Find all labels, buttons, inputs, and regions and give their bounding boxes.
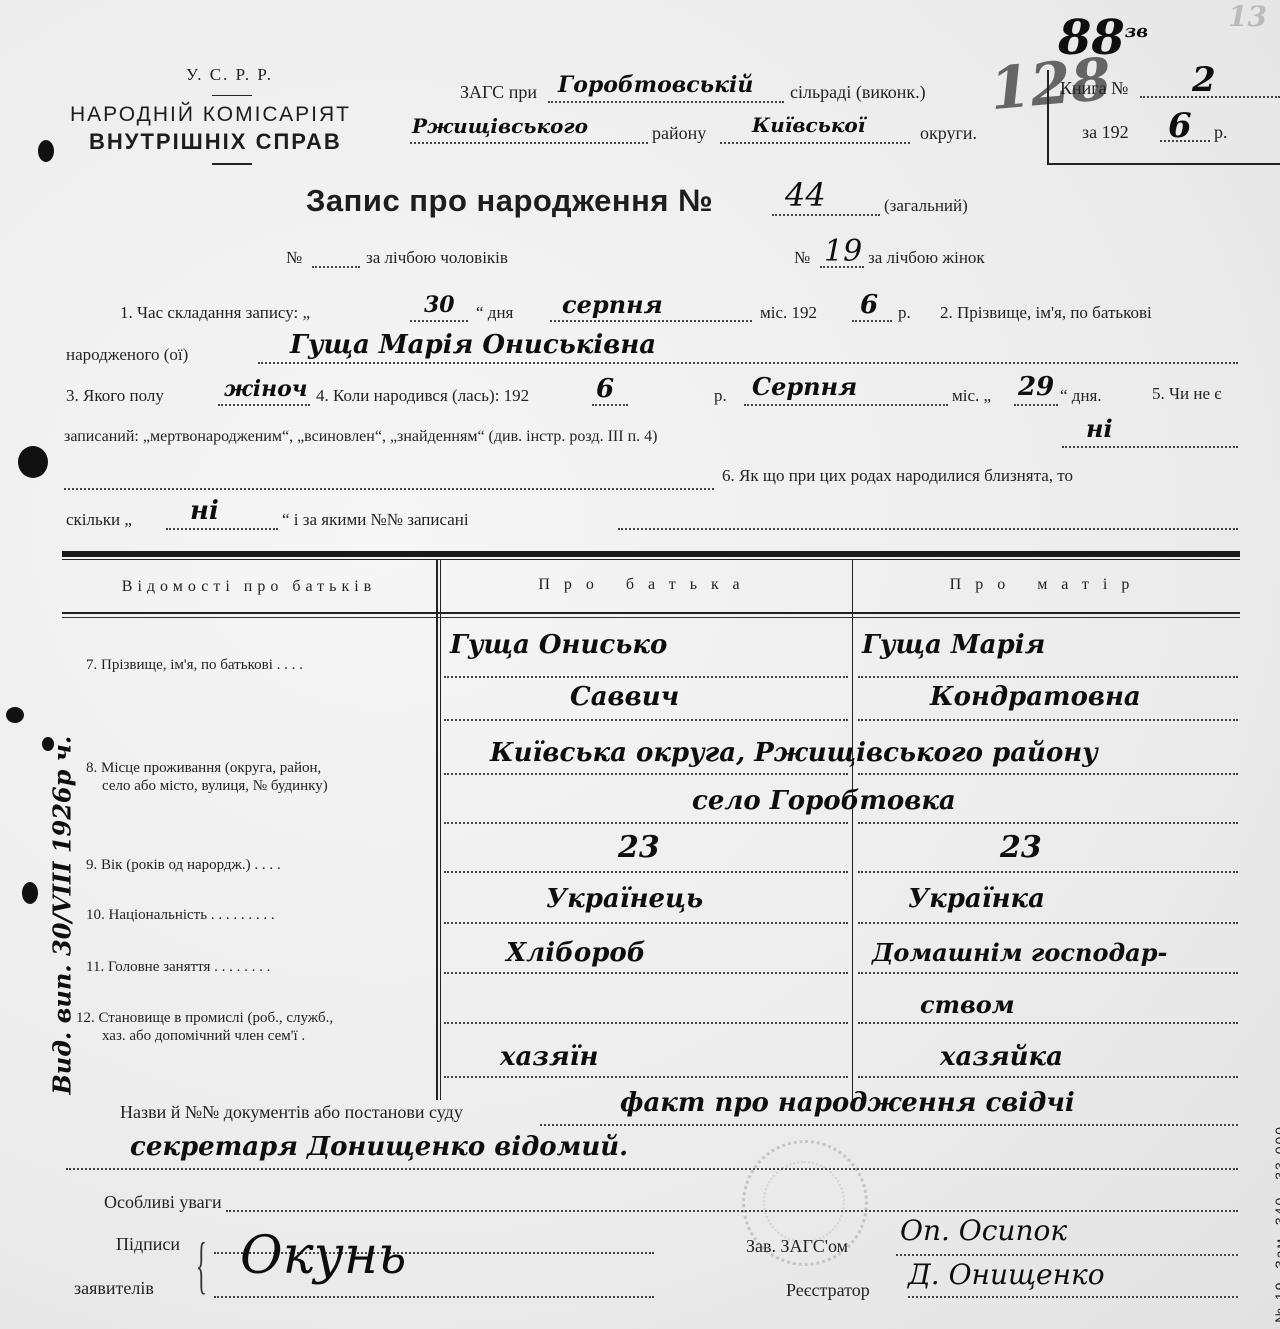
table-header-mother: Про матір [853,576,1240,594]
documents-label: Назви й №№ документів або постанови суду [120,1102,463,1123]
mother-name-line2[interactable]: Кондратовна [930,682,1141,712]
field-3-label: 3. Якого полу [66,386,164,406]
male-count-label: № [286,248,302,268]
table-header-info: Відомості про батьків [62,578,436,596]
record-number-suffix: (загальний) [884,196,968,216]
field-4-month[interactable]: Серпня [752,372,857,401]
field-1-day-line [410,320,468,322]
divider [212,95,252,96]
field-3-line [218,404,310,406]
field-5-line [1062,446,1238,448]
row-line [858,1076,1238,1078]
row-line [444,1076,848,1078]
divider [212,163,252,165]
father-name-line1[interactable]: Гуща Онисько [450,630,667,660]
field-6-count-line [166,528,278,530]
field-4-year-line [592,404,628,406]
mother-occupation-line1[interactable]: Домашнім господар- [872,938,1167,967]
field-4-day-line [1014,404,1058,406]
table-header-border [62,617,1240,618]
row-line [444,1022,848,1024]
okrug-line [720,142,910,144]
row-line [444,822,848,824]
field-4-day-suffix: “ дня. [1060,386,1102,406]
punch-hole [22,882,38,904]
field-6-label-end: “ і за якими №№ записані [282,510,469,530]
zags-prefix: ЗАГС при [460,82,537,103]
mother-name-line1[interactable]: Гуща Марія [862,630,1045,660]
field-5-label-cont: записаний: „мертвонародженим“, „всиновле… [64,428,657,446]
head-signature-line [896,1254,1238,1256]
field-6-label: 6. Як що при цих родах народилися близня… [722,466,1073,486]
applicant-signature-line [214,1296,654,1298]
documents-line [66,1168,1238,1170]
brace: { [196,1228,207,1302]
row-line [858,822,1238,824]
male-count-suffix: за лічбою чоловіків [366,248,508,268]
row-9-label: 9. Вік (років од нарордж.) . . . . [86,857,281,874]
field-2-label: 2. Прізвище, ім'я, по батькові [940,303,1152,323]
mother-status[interactable]: хазяйка [940,1042,1063,1072]
field-1-month[interactable]: серпня [562,290,663,319]
table-top-border [62,551,1240,557]
field-4-year-digit[interactable]: 6 [596,374,614,404]
father-occupation[interactable]: Хлібороб [506,938,646,968]
field-5-extra-line [64,488,714,490]
field-4-label: 4. Коли народився (лась): 192 [316,386,529,406]
female-count-label: № [794,248,810,268]
father-status[interactable]: хазяїн [500,1042,598,1072]
row-line [858,972,1238,974]
record-number[interactable]: 44 [785,176,826,214]
row-line [444,871,848,873]
table-column-divider [440,560,441,1100]
documents-value-line2[interactable]: секретаря Донищенко відомий. [130,1132,628,1162]
registrar-signature[interactable]: Д. Онищенко [908,1258,1105,1291]
mother-nationality[interactable]: Українка [908,884,1045,914]
applicant-signature[interactable]: Окунь [240,1226,406,1286]
row-7-label: 7. Прізвище, ім'я, по батькові . . . . [86,657,303,674]
field-1-month-line [550,320,752,322]
record-title: Запис про народження № [306,183,713,219]
okrug-value[interactable]: Київської [752,113,865,137]
field-1-year-digit[interactable]: 6 [860,290,878,320]
row-line [444,972,848,974]
print-mark: № 19. Зам. 340—33.000. [1272,1093,1280,1323]
book-year-prefix: за 192 [1082,122,1129,143]
corner-mark: 13 [1228,0,1267,33]
row-11-label: 11. Головне заняття . . . . . . . . [86,959,270,976]
father-nationality[interactable]: Українець [546,884,703,914]
table-column-divider [436,560,438,1100]
field-1-month-suffix: міс. 192 [760,303,817,323]
table-top-border [62,559,1240,560]
field-6-count-value[interactable]: ні [190,496,219,526]
row-line [858,1022,1238,1024]
father-name-line2[interactable]: Саввич [570,682,679,712]
field-3-value[interactable]: жіноч [224,376,308,402]
field-6-label-cont: скільки „ [66,510,132,530]
table-header-father: Про батька [440,576,852,594]
village-council-suffix: сільраді (виконк.) [790,82,926,103]
field-4-year-suffix: р. [714,386,727,406]
district-value[interactable]: Ржищівського [412,114,588,138]
head-signature[interactable]: Оп. Осипок [900,1214,1067,1247]
female-count-suffix: за лічбою жінок [868,248,985,268]
field-1-label: 1. Час складання запису: „ [120,303,310,323]
row-12-label: 12. Становище в промислі (роб., служб., [76,1010,333,1027]
row-line [858,676,1238,678]
father-age[interactable]: 23 [618,830,660,865]
mother-occupation-line2[interactable]: ством [920,990,1015,1019]
signatures-label-cont: заявителів [74,1278,154,1299]
book-year-suffix: р. [1214,122,1228,143]
table-column-divider [852,560,853,1100]
field-6-numbers-line [618,528,1238,530]
remarks-line [226,1210,1238,1212]
field-2-label-cont: народженого (ої) [66,345,188,365]
row-10-label: 10. Національність . . . . . . . . . [86,907,275,924]
book-box-border [1047,163,1280,165]
field-4-month-suffix: міс. „ [952,386,991,406]
row-line [444,922,848,924]
book-box-border [1047,70,1049,164]
field-5-label: 5. Чи не є [1152,384,1222,404]
head-label: Зав. ЗАГС'ом [746,1236,848,1257]
row-8-label: 8. Місце проживання (округа, район, [86,760,321,777]
table-header-border [62,612,1240,614]
field-4-day[interactable]: 29 [1018,372,1054,402]
book-year-digit[interactable]: 6 [1168,106,1192,146]
row-12-label-cont: хаз. або допомічний член сем'ї . [102,1028,305,1045]
female-count-value[interactable]: 19 [824,234,862,269]
row-line [858,719,1238,721]
district-line [410,142,648,144]
documents-value-line1[interactable]: факт про народження свідчі [620,1088,1075,1118]
field-1-year-suffix: р. [898,303,911,323]
field-1-day-suffix: “ дня [476,303,513,323]
village-council-value[interactable]: Горобтовській [558,72,753,98]
row-line [858,871,1238,873]
male-count-line [312,266,360,268]
field-1-day[interactable]: 30 [424,292,455,318]
row-line [444,773,848,775]
signatures-label: Підписи [116,1234,180,1255]
punch-hole [38,140,54,162]
registrar-label: Реєстратор [786,1280,870,1301]
margin-note: Вид. вип. 30/VIII 1926р ч. [48,855,77,1095]
district-suffix: району [652,123,706,144]
village-council-line [548,101,784,103]
row-line [444,676,848,678]
archive-mark: 88зв [1058,10,1148,66]
book-number[interactable]: 2 [1192,60,1216,100]
residence-line1[interactable]: Київська округа, Ржищівського району [490,738,1098,768]
field-5-value[interactable]: ні [1086,414,1113,443]
commissariat-dept: ВНУТРІШНІХ СПРАВ [89,129,342,155]
country-label: У. С. Р. Р. [186,65,273,85]
record-number-line [772,214,880,216]
field-2-value[interactable]: Гуща Марія Ониськівна [290,330,656,360]
field-2-line [258,362,1238,364]
punch-hole [18,446,48,478]
field-1-year-line [852,320,892,322]
mother-age[interactable]: 23 [1000,830,1042,865]
book-label: Книга № [1060,78,1128,99]
registrar-signature-line [908,1296,1238,1298]
row-line [444,719,848,721]
documents-line [540,1124,1238,1126]
row-line [858,773,1238,775]
remarks-label: Особливі уваги [104,1192,222,1213]
row-line [858,922,1238,924]
okrug-suffix: округи. [920,123,977,144]
punch-hole [6,707,24,723]
residence-line2[interactable]: село Горобтовка [692,786,956,816]
field-4-month-line [744,404,948,406]
row-8-label-cont: село або місто, вулиця, № будинку) [102,778,328,795]
commissariat-name: НАРОДНІЙ КОМІСАРІЯТ [70,103,351,127]
